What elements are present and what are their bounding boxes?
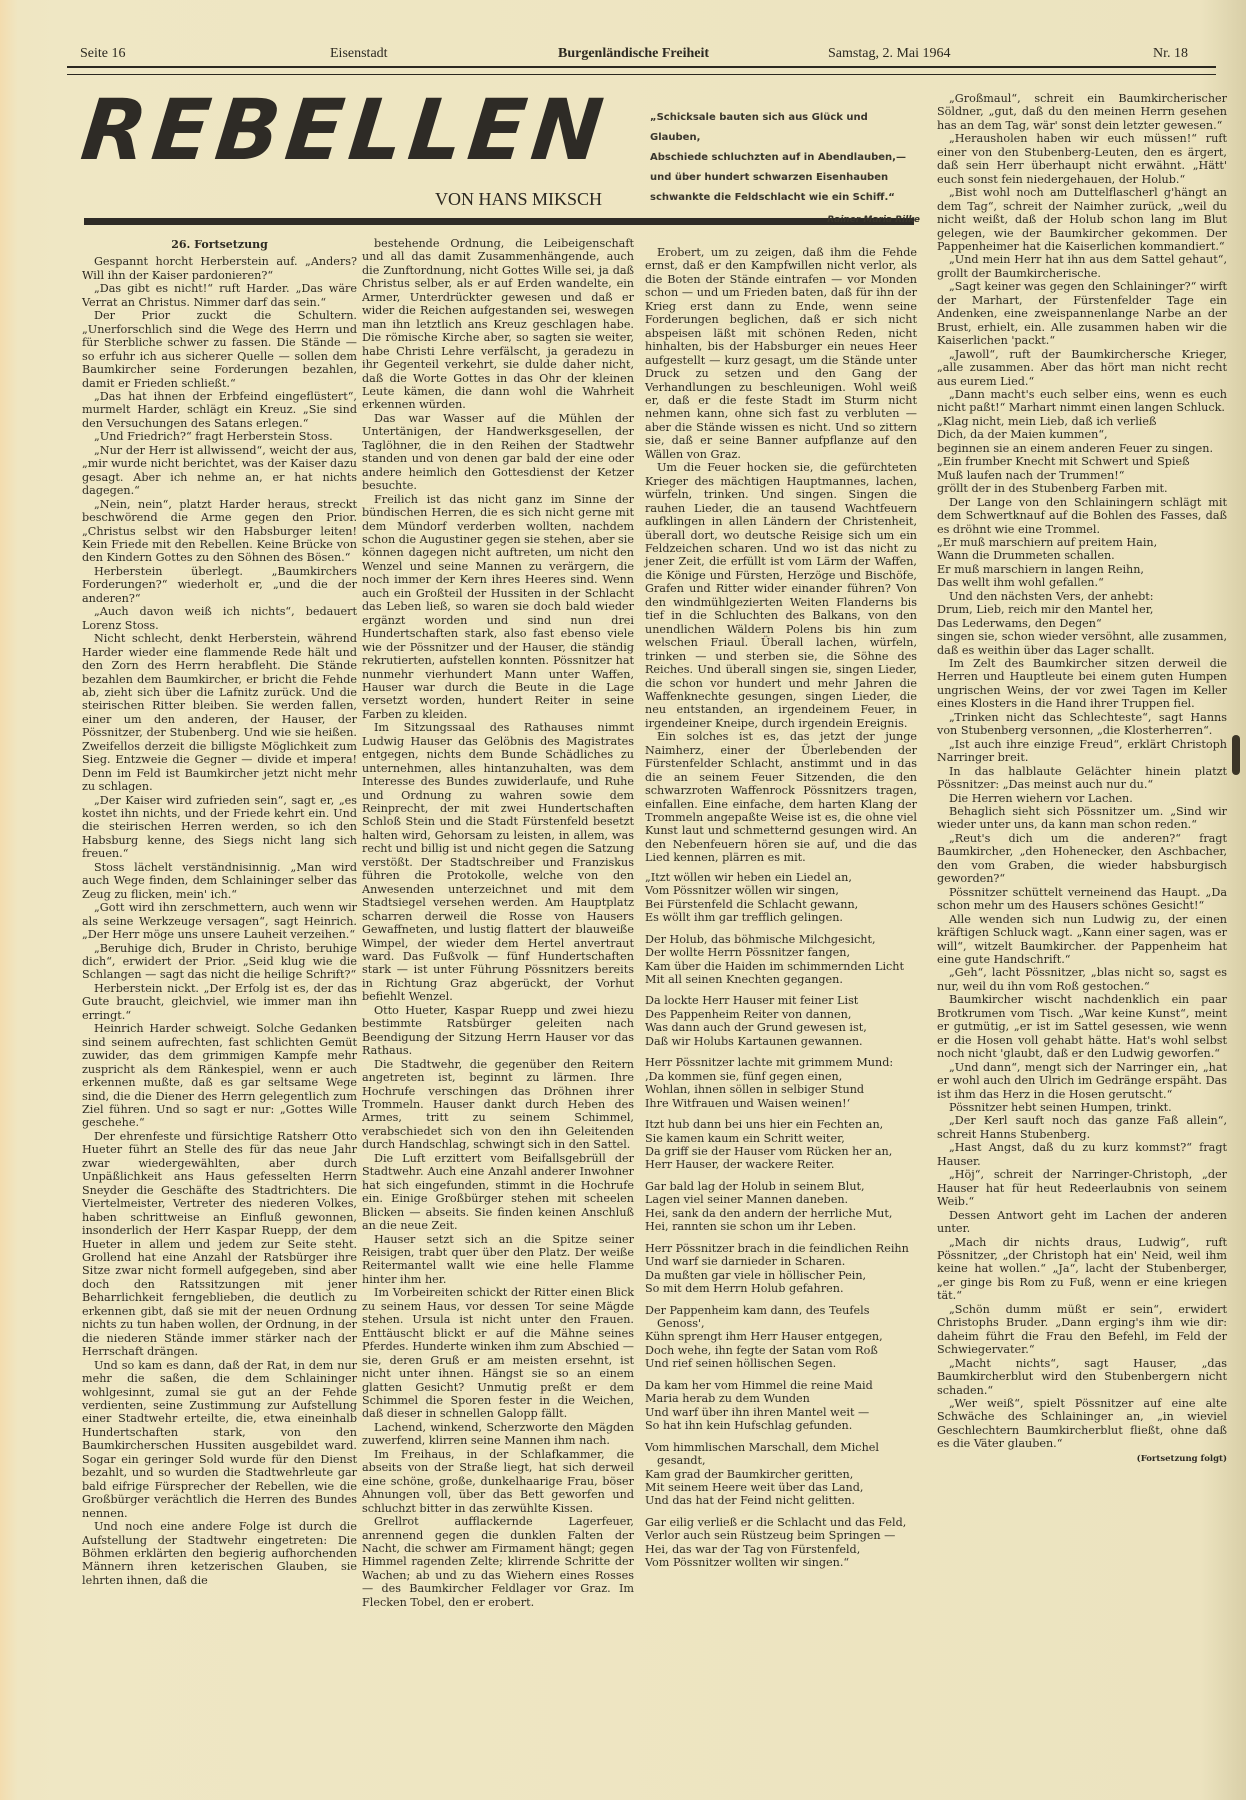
stanza: Gar bald lag der Holub in seinem Blut,La… (645, 1180, 917, 1234)
verse-line: Gar bald lag der Holub in seinem Blut, (645, 1180, 917, 1193)
stanza: Da lockte Herr Hauser mit feiner ListDes… (645, 994, 917, 1048)
paragraph: „Und Friedrich?“ fragt Herberstein Stoss… (82, 430, 357, 443)
verse-line: „Ein frumber Knecht mit Schwert und Spie… (937, 455, 1227, 468)
verse-line: Es wöllt ihm gar trefflich gelingen. (645, 911, 917, 924)
paragraph: Um die Feuer hocken sie, die gefürchtete… (645, 461, 917, 730)
article-title: REBELLEN (78, 88, 613, 172)
paragraph: Erobert, um zu zeigen, daß ihm die Fehde… (645, 246, 917, 461)
verse-line: Daß wir Holubs Kartaunen gewannen. (645, 1035, 917, 1048)
verse-line: Des Pappenheim Reiter von dannen, (645, 1008, 917, 1021)
paragraph: Heinrich Harder schweigt. Solche Gedanke… (82, 1022, 357, 1130)
paragraph: Hauser setzt sich an die Spitze seiner R… (362, 1233, 634, 1287)
verse-line: Der Holub, das böhmische Milchgesicht, (645, 933, 917, 946)
paragraph: „Das gibt es nicht!“ ruft Harder. „Das w… (82, 282, 357, 309)
verse-line: Hei, das war der Tag von Fürstenfeld, (645, 1543, 917, 1556)
verse-line: Das wellt ihm wohl gefallen.“ (937, 576, 1227, 589)
issue-number: Nr. 18 (1153, 46, 1188, 62)
paragraph: „Der Kaiser wird zufrieden sein“, sagt e… (82, 794, 357, 861)
paragraph: „Auch davon weiß ich nichts“, bedauert L… (82, 605, 357, 632)
paragraph: „Nein, nein“, platzt Harder heraus, stre… (82, 498, 357, 565)
paragraph: Alle wenden sich nun Ludwig zu, der eine… (937, 913, 1227, 967)
verse-line: Und das hat der Feind nicht gelitten. (645, 1494, 917, 1507)
verse-line: Vom himmlischen Marschall, dem Michel ge… (645, 1441, 917, 1468)
paragraph: Das war Wasser auf die Mühlen der Untert… (362, 412, 634, 493)
epigraph-line: Abschiede schluchzten auf in Abendlauben… (650, 148, 920, 168)
verse-line: „Er muß marschiern auf preitem Hain, (937, 536, 1227, 549)
verse-line: Hei, rannten sie schon um ihr Leben. (645, 1220, 917, 1233)
verse-line: Herr Hauser, der wackere Reiter. (645, 1158, 917, 1171)
paragraph: „Wer weiß“, spielt Pössnitzer auf eine a… (937, 1397, 1227, 1451)
paragraph: singen sie, schon wieder versöhnt, alle … (937, 630, 1227, 657)
verse-line: Da griff sie der Hauser vom Rücken her a… (645, 1145, 917, 1158)
paragraph: „Reut's dich um die anderen?“ fragt Baum… (937, 832, 1227, 886)
verse-line: So mit dem Herrn Holub gefahren. (645, 1282, 917, 1295)
verse-line: Hei, sank da den andern der herrliche Mu… (645, 1207, 917, 1220)
text-column-1: 26. Fortsetzung Gespannt horcht Herberst… (82, 238, 357, 1587)
issue-date: Samstag, 2. Mai 1964 (828, 46, 951, 62)
paragraph: In das halblaute Gelächter hinein platzt… (937, 765, 1227, 792)
verse-line: Muß laufen nach der Trummen!“ (937, 469, 1227, 482)
paragraph: „Hast Angst, daß du zu kurz kommst?“ fra… (937, 1141, 1227, 1168)
paragraph: „Beruhige dich, Bruder in Christo, beruh… (82, 942, 357, 982)
verse-line: Doch wehe, ihn fegte der Satan vom Roß (645, 1344, 917, 1357)
verse-line: Maria herab zu dem Wunden (645, 1392, 917, 1405)
paragraph: „Jawoll“, ruft der Baumkirchersche Krieg… (937, 348, 1227, 388)
place: Eisenstadt (330, 46, 388, 62)
verse-line: Und warf über ihn ihren Mantel weit — (645, 1406, 917, 1419)
text-column-2: bestehende Ordnung, die Leibeigenschaft … (362, 237, 634, 1609)
verse-line: Dich, da der Maien kummen“, (937, 428, 1227, 441)
paragraph: Und so kam es dann, daß der Rat, in dem … (82, 1359, 357, 1520)
verse-line: Und warf sie darnieder in Scharen. (645, 1255, 917, 1268)
song-fragment: „Er muß marschiern auf preitem Hain, Wan… (937, 536, 1227, 590)
page-header: Seite 16 Eisenstadt Burgenländische Frei… (80, 46, 1216, 68)
paragraph: Im Freihaus, in der Schlafkammer, die ab… (362, 1448, 634, 1515)
verse-line: Der wollte Herrn Pössnitzer fangen, (645, 946, 917, 959)
paragraph: bestehende Ordnung, die Leibeigenschaft … (362, 237, 634, 412)
paragraph: „Ist auch ihre einzige Freud“, erklärt C… (937, 738, 1227, 765)
epigraph-line: „Schicksale bauten sich aus Glück und Gl… (650, 108, 920, 148)
verse-line: „Itzt wöllen wir heben ein Liedel an, (645, 871, 917, 884)
paragraph: Pössnitzer schüttelt verneinend das Haup… (937, 886, 1227, 913)
verse-line: Herr Pössnitzer lachte mit grimmem Mund: (645, 1056, 917, 1069)
epigraph-line: und über hundert schwarzen Eisenhauben (650, 168, 920, 188)
paragraph: „Das hat ihnen der Erbfeind eingeflüster… (82, 390, 357, 430)
paragraph: Die Stadtwehr, die gegenüber den Reitern… (362, 1058, 634, 1152)
installment-label: 26. Fortsetzung (82, 238, 357, 251)
paragraph: Dessen Antwort geht im Lachen der andere… (937, 1209, 1227, 1236)
paragraph: Der ehrenfeste und fürsichtige Ratsherr … (82, 1130, 357, 1359)
verse-line: Lagen viel seiner Mannen daneben. (645, 1193, 917, 1206)
column-body: Gespannt horcht Herberstein auf. „Anders… (82, 255, 357, 1587)
paragraph: Grellrot aufflackernde Lagerfeuer, anren… (362, 1515, 634, 1609)
paragraph: „Nur der Herr ist allwissend“, weicht de… (82, 444, 357, 498)
song-lyrics: „Itzt wöllen wir heben ein Liedel an,Vom… (645, 871, 917, 1570)
verse-line: Vom Pössnitzer wöllen wir singen, (645, 884, 917, 897)
paragraph: „Trinken nicht das Schlechteste“, sagt H… (937, 711, 1227, 738)
stanza: Der Holub, das böhmische Milchgesicht,De… (645, 933, 917, 987)
paragraph: Lachend, winkend, Scherzworte den Mägden… (362, 1421, 634, 1448)
paragraph: „Der Kerl sauft noch das ganze Faß allei… (937, 1114, 1227, 1141)
paragraph: „Herausholen haben wir euch müssen!“ ruf… (937, 132, 1227, 186)
page-number: Seite 16 (80, 46, 126, 62)
epigraph-author: Rainer Maria Rilke (650, 210, 920, 230)
paragraph: „Gott wird ihn zerschmettern, auch wenn … (82, 901, 357, 941)
paragraph: Die Luft erzittert vom Beifallsgebrüll d… (362, 1152, 634, 1233)
verse-line: Wohlan, ihnen söllen in selbiger Stund (645, 1083, 917, 1096)
verse-line: Gar eilig verließ er die Schlacht und da… (645, 1516, 917, 1529)
stanza: Gar eilig verließ er die Schlacht und da… (645, 1516, 917, 1570)
verse-line: Sie kamen kaum ein Schritt weiter, (645, 1132, 917, 1145)
paragraph: Herberstein überlegt. „Baumkirchers Ford… (82, 565, 357, 605)
paragraph: „Höj“, schreit der Narringer-Christoph, … (937, 1168, 1227, 1208)
paragraph: Herberstein nickt. „Der Erfolg ist es, d… (82, 982, 357, 1022)
paragraph: „Schön dumm müßt er sein“, erwidert Chri… (937, 1303, 1227, 1357)
stanza: Da kam her vom Himmel die reine MaidMari… (645, 1379, 917, 1433)
verse-line: Da lockte Herr Hauser mit feiner List (645, 994, 917, 1007)
paragraph: Der Lange von den Schlainingern schlägt … (937, 496, 1227, 536)
paragraph: Im Vorbeireiten schickt der Ritter einen… (362, 1286, 634, 1421)
paragraph: Behaglich sieht sich Pössnitzer um. „Sin… (937, 805, 1227, 832)
newspaper-name: Burgenländische Freiheit (558, 46, 709, 62)
text-column-3: Erobert, um zu zeigen, daß ihm die Fehde… (645, 246, 917, 1578)
verse-line: Herr Pössnitzer brach in die feindlichen… (645, 1242, 917, 1255)
verse-line: Wann die Drummeten schallen. (937, 549, 1227, 562)
verse-line: So hat ihn kein Hufschlag gefunden. (645, 1419, 917, 1432)
verse-line: Er muß marschiern in langen Reihn, (937, 563, 1227, 576)
paragraph: Baumkircher wischt nachdenklich ein paar… (937, 993, 1227, 1060)
verse-line: Der Pappenheim kam dann, des Teufels Gen… (645, 1304, 917, 1331)
verse-line: Kam über die Haiden im schimmernden Lich… (645, 960, 917, 973)
paragraph: Ein solches ist es, das jetzt der junge … (645, 730, 917, 865)
verse-line: Drum, Lieb, reich mir den Mantel her, (937, 603, 1227, 616)
paragraph: Gespannt horcht Herberstein auf. „Anders… (82, 255, 357, 282)
verse-line: Was dann auch der Grund gewesen ist, (645, 1021, 917, 1034)
stanza: Der Pappenheim kam dann, des Teufels Gen… (645, 1304, 917, 1371)
stanza: Vom himmlischen Marschall, dem Michel ge… (645, 1441, 917, 1508)
verse-line: Vom Pössnitzer wollten wir singen.“ (645, 1556, 917, 1569)
verse-line: Mit seinem Heere weit über das Land, (645, 1481, 917, 1494)
stanza: „Itzt wöllen wir heben ein Liedel an,Vom… (645, 871, 917, 925)
column-body: bestehende Ordnung, die Leibeigenschaft … (362, 237, 634, 1609)
paragraph: „Mach dir nichts draus, Ludwig“, ruft Pö… (937, 1236, 1227, 1303)
column-body: Erobert, um zu zeigen, daß ihm die Fehde… (645, 246, 917, 865)
verse-line: Das Lederwams, den Degen“ (937, 617, 1227, 630)
paragraph: Im Sitzungssaal des Rathauses nimmt Ludw… (362, 721, 634, 1004)
text-column-4: „Großmaul“, schreit ein Baumkircherische… (937, 92, 1227, 1466)
paragraph: Und den nächsten Vers, der anhebt: (937, 590, 1227, 603)
verse-line: Da mußten gar viele in höllischer Pein, (645, 1269, 917, 1282)
song-fragment: „Ein frumber Knecht mit Schwert und Spie… (937, 455, 1227, 482)
paragraph: Freilich ist das nicht ganz im Sinne der… (362, 493, 634, 722)
paragraph: Otto Hueter, Kaspar Ruepp und zwei hiezu… (362, 1004, 634, 1058)
stanza: Herr Pössnitzer lachte mit grimmem Mund:… (645, 1056, 917, 1110)
column-body: Im Zelt des Baumkircher sitzen derweil d… (937, 657, 1227, 1451)
song-fragment: „Klag nicht, mein Lieb, daß ich verließ … (937, 415, 1227, 442)
paragraph: „Bist wohl noch am Duttelflascherl g'hän… (937, 186, 1227, 253)
verse-line: Da kam her vom Himmel die reine Maid (645, 1379, 917, 1392)
paragraph: „Und mein Herr hat ihn aus dem Sattel ge… (937, 253, 1227, 280)
paragraph: Nicht schlecht, denkt Herberstein, währe… (82, 632, 357, 793)
verse-line: Und rief seinen höllischen Segen. (645, 1357, 917, 1370)
verse-line: Bei Fürstenfeld die Schlacht gewann, (645, 898, 917, 911)
paragraph: „Und dann“, mengt sich der Narringer ein… (937, 1061, 1227, 1101)
binding-hole (1232, 735, 1240, 775)
verse-line: Itzt hub dann bei uns hier ein Fechten a… (645, 1118, 917, 1131)
paragraph: Der Prior zuckt die Schultern. „Unerfors… (82, 309, 357, 390)
verse-line: „Klag nicht, mein Lieb, daß ich verließ (937, 415, 1227, 428)
paragraph: „Dann macht's euch selber eins, wenn es … (937, 388, 1227, 415)
epigraph-line: schwankte die Feldschlacht wie ein Schif… (650, 188, 920, 208)
verse-line: Kam grad der Baumkircher geritten, (645, 1468, 917, 1481)
paragraph: „Geh“, lacht Pössnitzer, „blas nicht so,… (937, 966, 1227, 993)
stanza: Itzt hub dann bei uns hier ein Fechten a… (645, 1118, 917, 1172)
paragraph: Die Herren wiehern vor Lachen. (937, 792, 1227, 805)
newspaper-page: Seite 16 Eisenstadt Burgenländische Frei… (0, 0, 1246, 1800)
header-rule (67, 66, 1216, 75)
paragraph: „Großmaul“, schreit ein Baumkircherische… (937, 92, 1227, 132)
verse-line: Ihre Witfrauen und Waisen weinen!‘ (645, 1097, 917, 1110)
verse-line: Kühn sprengt ihm Herr Hauser entgegen, (645, 1330, 917, 1343)
paragraph: Pössnitzer hebt seinen Humpen, trinkt. (937, 1101, 1227, 1114)
song-fragment: Drum, Lieb, reich mir den Mantel her, Da… (937, 603, 1227, 630)
paragraph: Stoss lächelt verständnisinnig. „Man wir… (82, 861, 357, 901)
paragraph: beginnen sie an einem anderen Feuer zu s… (937, 442, 1227, 455)
paragraph: „Macht nichts“, sagt Hauser, „das Baumki… (937, 1357, 1227, 1397)
paragraph: Und noch eine andere Folge ist durch die… (82, 1520, 357, 1587)
stanza: Herr Pössnitzer brach in die feindlichen… (645, 1242, 917, 1296)
column-body: „Großmaul“, schreit ein Baumkircherische… (937, 92, 1227, 415)
paragraph: Im Zelt des Baumkircher sitzen derweil d… (937, 657, 1227, 711)
continued-note: (Fortsetzung folgt) (937, 1453, 1227, 1466)
paragraph: gröllt der in des Stubenberg Farben mit. (937, 482, 1227, 495)
epigraph: „Schicksale bauten sich aus Glück und Gl… (650, 108, 920, 230)
verse-line: ‚Da kommen sie, fünf gegen einen, (645, 1070, 917, 1083)
verse-line: Verlor auch sein Rüstzeug beim Springen … (645, 1529, 917, 1542)
verse-line: Mit all seinen Knechten gegangen. (645, 973, 917, 986)
paragraph: „Sagt keiner was gegen den Schlaininger?… (937, 280, 1227, 347)
byline: VON HANS MIKSCH (435, 189, 602, 210)
